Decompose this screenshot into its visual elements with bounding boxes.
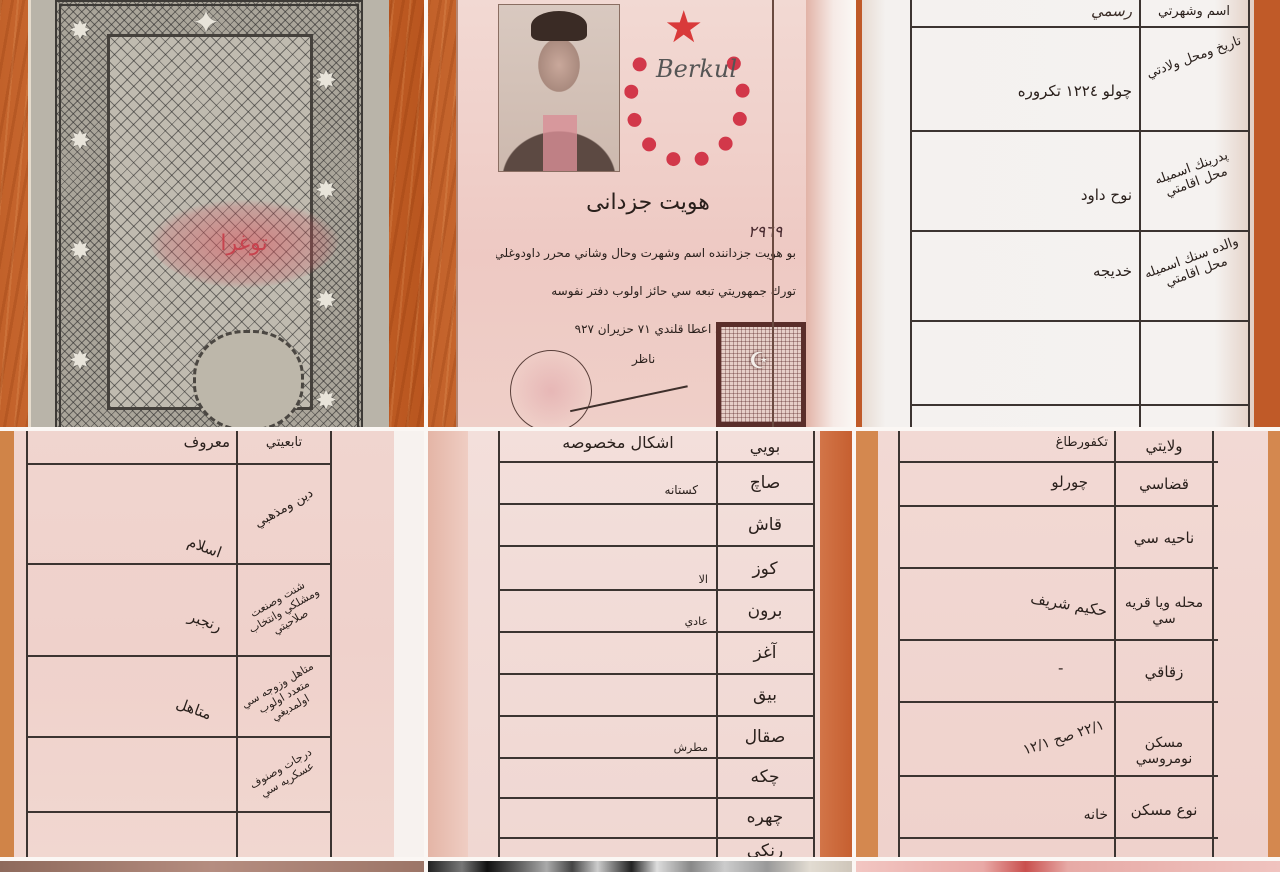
row-label: ﻧﻮﻉ ﻣﺴﻜﻦ — [1118, 801, 1210, 819]
row-value: اﺳﻼﻡ — [124, 510, 224, 561]
row-value: ﺭﻧﺠﺒﺮ — [124, 584, 224, 635]
bottom-tile-pink-document — [856, 861, 1280, 872]
header-label: اﺳﻢ ﻭﺷﻬﺮﺗﻲ — [1142, 4, 1246, 19]
star-ornament-icon: ✸ — [65, 126, 95, 156]
row-label: ﭼﻬﺮﻩ — [720, 807, 810, 827]
row-label: ﺷﻨﺖ ﻭﺻﻨﻌﺖ ﻭﻣﺸﻠﻜﻲ ﻭاﻧﺘﺨﺎﺏ ﺻﻼﺣﻴﺘﻲ — [236, 572, 332, 650]
crescent-star-icon: ☪ — [749, 349, 769, 374]
revenue-stamp: ☪ — [716, 322, 806, 427]
star-ornament-icon: ✸ — [65, 16, 95, 46]
ledger-page: اﺳﻢ ﻭﺷﻬﺮﺗﻲ ﺭﺳﻤﻲ ﺗﺎﺭﻳﺦ ﻭﻣﺤﻞ ﻭﻻﺩﺗﻲ ﭼﻮﻟﻮ ١٢… — [862, 0, 1254, 427]
registry-number: ٢٩٦٩ — [748, 222, 782, 241]
latin-handwriting: Berkul — [656, 55, 737, 83]
row-label: ﺑﻴﻖ — [720, 685, 810, 705]
row-label: ﻛﻮﺯ — [720, 559, 810, 579]
row-label: ﺻﺎﭺ — [720, 473, 810, 493]
document-title: هويت جزدانى — [518, 190, 778, 215]
star-ornament-icon: ✸ — [65, 346, 95, 376]
row-value: ﻋﺎﺩﻱ — [648, 615, 708, 628]
header-value: ﺭﺳﻤﻲ — [982, 2, 1132, 20]
star-ornament-icon: ✸ — [311, 386, 341, 416]
row-value: اﻻ — [648, 573, 708, 586]
row-label: ﺑﺮﻭﻥ — [720, 601, 810, 621]
row-value: ﻣﺘﺎﻫﻞ — [114, 672, 214, 723]
body-line: ﺗﻮﺭﻙ ﺟﻤﻬﻮﺭﻳﺘﻲ ﺗﺒﻌﻪ ﺳﻲ ﺣﺎﺋﺰ اﻭﻟﻮﺏ ﺩﻓﺘﺮ ﻧﻔ… — [496, 284, 796, 298]
row-label: ﻣﺤﻠﻪ ﻭﻳﺎ ﻗﺮﻳﻪ ﺳﻲ — [1118, 595, 1210, 627]
photo-booklet-cover: ✸ ✸ ✸ ✸ ✸ ✸ ✸ ✸ ✦ ﺗﻮﻏﺮا — [0, 0, 424, 427]
photo-residence-page: ﻭﻻﻳﺘﻲ ﺗﻜﻔﻮﺭﻃﺎﻍ ﻗﻀﺎﺳﻲ ﭼﻮﺭﻟﻮ ﻧﺎﺣﻴﻪ ﺳﻲ ﻣﺤﻠﻪ… — [856, 431, 1280, 857]
body-line: ﺑﻮ ﻫﻮﻳﺖ ﺟﺰﺩاﻧﻨﺪﻩ اﺳﻢ ﻭﺷﻬﺮﺕ ﻭﺣﺎﻝ ﻭﺷﺎﻧﻲ ﻣﺤ… — [496, 246, 796, 260]
identity-page-paper: ★ Berkul هويت جزدانى ٢٩٦٩ ﺑﻮ ﻫﻮﻳﺖ ﺟﺰﺩاﻧﻨ… — [456, 0, 808, 427]
row-label: ﺯﻗﺎﻗﻲ — [1118, 663, 1210, 681]
photo-physical-features-page: ﺑﻮﻳﻲ اﺷﻜﺎﻝ ﻣﺨﺼﻮﺻﻪ ﺻﺎﭺ ﻛﺴﺘﺎﻧﻪ ﻗﺎﺵ ﻛﻮﺯ اﻻ … — [428, 431, 852, 857]
row-label: ﺭﻧﻜﻲ — [720, 841, 810, 857]
row-value: - — [1058, 659, 1098, 677]
header-title: اﺷﻜﺎﻝ ﻣﺨﺼﻮﺻﻪ — [528, 433, 708, 452]
bottom-tile-photo-strip — [428, 861, 852, 872]
red-crescent-stamp — [624, 28, 750, 168]
row-label: ﺻﻘﺎﻝ — [720, 727, 810, 747]
row-value: ﺧﺎﻧﻪ — [1048, 807, 1108, 823]
star-ornament-icon: ✸ — [65, 236, 95, 266]
ledger-page: ﺗﺎﺑﻌﻴﺘﻲ ﻣﻌﺮﻭﻑ ﺩﻳﻦ ﻭﻣﺬﻫﺒﻲ اﺳﻼﻡ ﺷﻨﺖ ﻭﺻﻨﻌﺖ … — [14, 431, 394, 857]
row-label: ﭘﺪﺭﻳﻨﻚ اﺳﻤﻴﻠﻪ ﻣﺤﻞ اﻗﺎﻣﺘﻲ — [1140, 143, 1248, 207]
header-value: ﻣﻌﺮﻭﻑ — [134, 433, 230, 451]
row-label: ﺩﻳﻦ ﻭﻣﺬﻫﺒﻲ — [242, 480, 326, 537]
star-ornament-icon: ✦ — [191, 8, 221, 38]
row-value: ﺣﻜﻴﻢ ﺷﺮﻳﻒ — [977, 580, 1108, 620]
page-edge — [806, 0, 852, 427]
photo-religion-marital-page: ﺗﺎﺑﻌﻴﺘﻲ ﻣﻌﺮﻭﻑ ﺩﻳﻦ ﻭﻣﺬﻫﺒﻲ اﺳﻼﻡ ﺷﻨﺖ ﻭﺻﻨﻌﺖ … — [0, 431, 424, 857]
page-edge — [394, 431, 424, 857]
row-label: ﭼﻜﻪ — [720, 767, 810, 787]
page-border-line — [772, 0, 774, 427]
row-value: ﺧﺪﻳﺠﻪ — [982, 262, 1132, 280]
cover-board: ✸ ✸ ✸ ✸ ✸ ✸ ✸ ✸ ✦ ﺗﻮﻏﺮا — [28, 0, 389, 427]
portrait-photo — [498, 4, 620, 172]
ledger-page: ﺑﻮﻳﻲ اﺷﻜﺎﻝ ﻣﺨﺼﻮﺻﻪ ﺻﺎﭺ ﻛﺴﺘﺎﻧﻪ ﻗﺎﺵ ﻛﻮﺯ اﻻ … — [468, 431, 820, 857]
row-label: ﻭاﻟﺪﻩ ﺳﻨﻚ اﺳﻤﻴﻠﻪ ﻣﺤﻞ اﻗﺎﻣﺘﻲ — [1140, 233, 1248, 297]
row-label: آﻏﺰ — [720, 643, 810, 663]
header-label: ﻭﻻﻳﺘﻲ — [1118, 437, 1210, 455]
header-value: ﺗﻜﻔﻮﺭﻃﺎﻍ — [988, 435, 1108, 450]
row-value: ﻧﻮﺡ ﺩاﻭﺩ — [982, 186, 1132, 204]
row-value: ﻣﻄﺮﺵ — [628, 741, 708, 754]
cover-medallion — [193, 330, 304, 427]
row-value: ﭼﻮﻟﻮ ١٢٢٤ ﺗﻜﺮﻭﺭﻩ — [952, 82, 1132, 100]
row-value: ﭼﻮﺭﻟﻮ — [1008, 473, 1088, 491]
row-label: ﻣﺘﺎﻫﻞ ﻭﺯﻭﺟﻪ ﺳﻲ ﻣﺘﻌﺪﺩ اﻭﻟﻮﺏ اﻭﻟﻤﺪﻳﻐﻲ — [236, 658, 332, 736]
row-value: ﻛﺴﺘﺎﻧﻪ — [618, 483, 698, 497]
row-label: ﻗﺎﺵ — [720, 515, 810, 535]
bottom-tile-wood — [0, 861, 424, 872]
photo-identity-page: ★ Berkul هويت جزدانى ٢٩٦٩ ﺑﻮ ﻫﻮﻳﺖ ﺟﺰﺩاﻧﻨ… — [428, 0, 852, 427]
row-label: ﻧﺎﺣﻴﻪ ﺳﻲ — [1118, 529, 1210, 547]
ledger-page: ﻭﻻﻳﺘﻲ ﺗﻜﻔﻮﺭﻃﺎﻍ ﻗﻀﺎﺳﻲ ﭼﻮﺭﻟﻮ ﻧﺎﺣﻴﻪ ﺳﻲ ﻣﺤﻠﻪ… — [878, 431, 1268, 857]
star-ornament-icon: ✸ — [311, 176, 341, 206]
header-label: ﺗﺎﺑﻌﻴﺘﻲ — [240, 435, 328, 450]
star-ornament-icon: ✸ — [311, 66, 341, 96]
row-label: ﺩﺭﺟﺎﺕ ﻭﺻﻨﻮﻑ ﻋﺴﻜﺮﻳﻪ ﺳﻲ — [239, 741, 328, 808]
row-label: ﻗﻀﺎﺳﻲ — [1118, 475, 1210, 493]
row-label: ﻣﺴﻜﻦ ﻧﻮﻣﺮﻭﺳﻲ — [1118, 735, 1210, 767]
star-ornament-icon: ✸ — [311, 286, 341, 316]
photo-personal-details-page: اﺳﻢ ﻭﺷﻬﺮﺗﻲ ﺭﺳﻤﻲ ﺗﺎﺭﻳﺦ ﻭﻣﺤﻞ ﻭﻻﺩﺗﻲ ﭼﻮﻟﻮ ١٢… — [856, 0, 1280, 427]
header-label: ﺑﻮﻳﻲ — [720, 437, 810, 456]
row-label: ﺗﺎﺭﻳﺦ ﻭﻣﺤﻞ ﻭﻻﺩﺗﻲ — [1143, 33, 1246, 83]
